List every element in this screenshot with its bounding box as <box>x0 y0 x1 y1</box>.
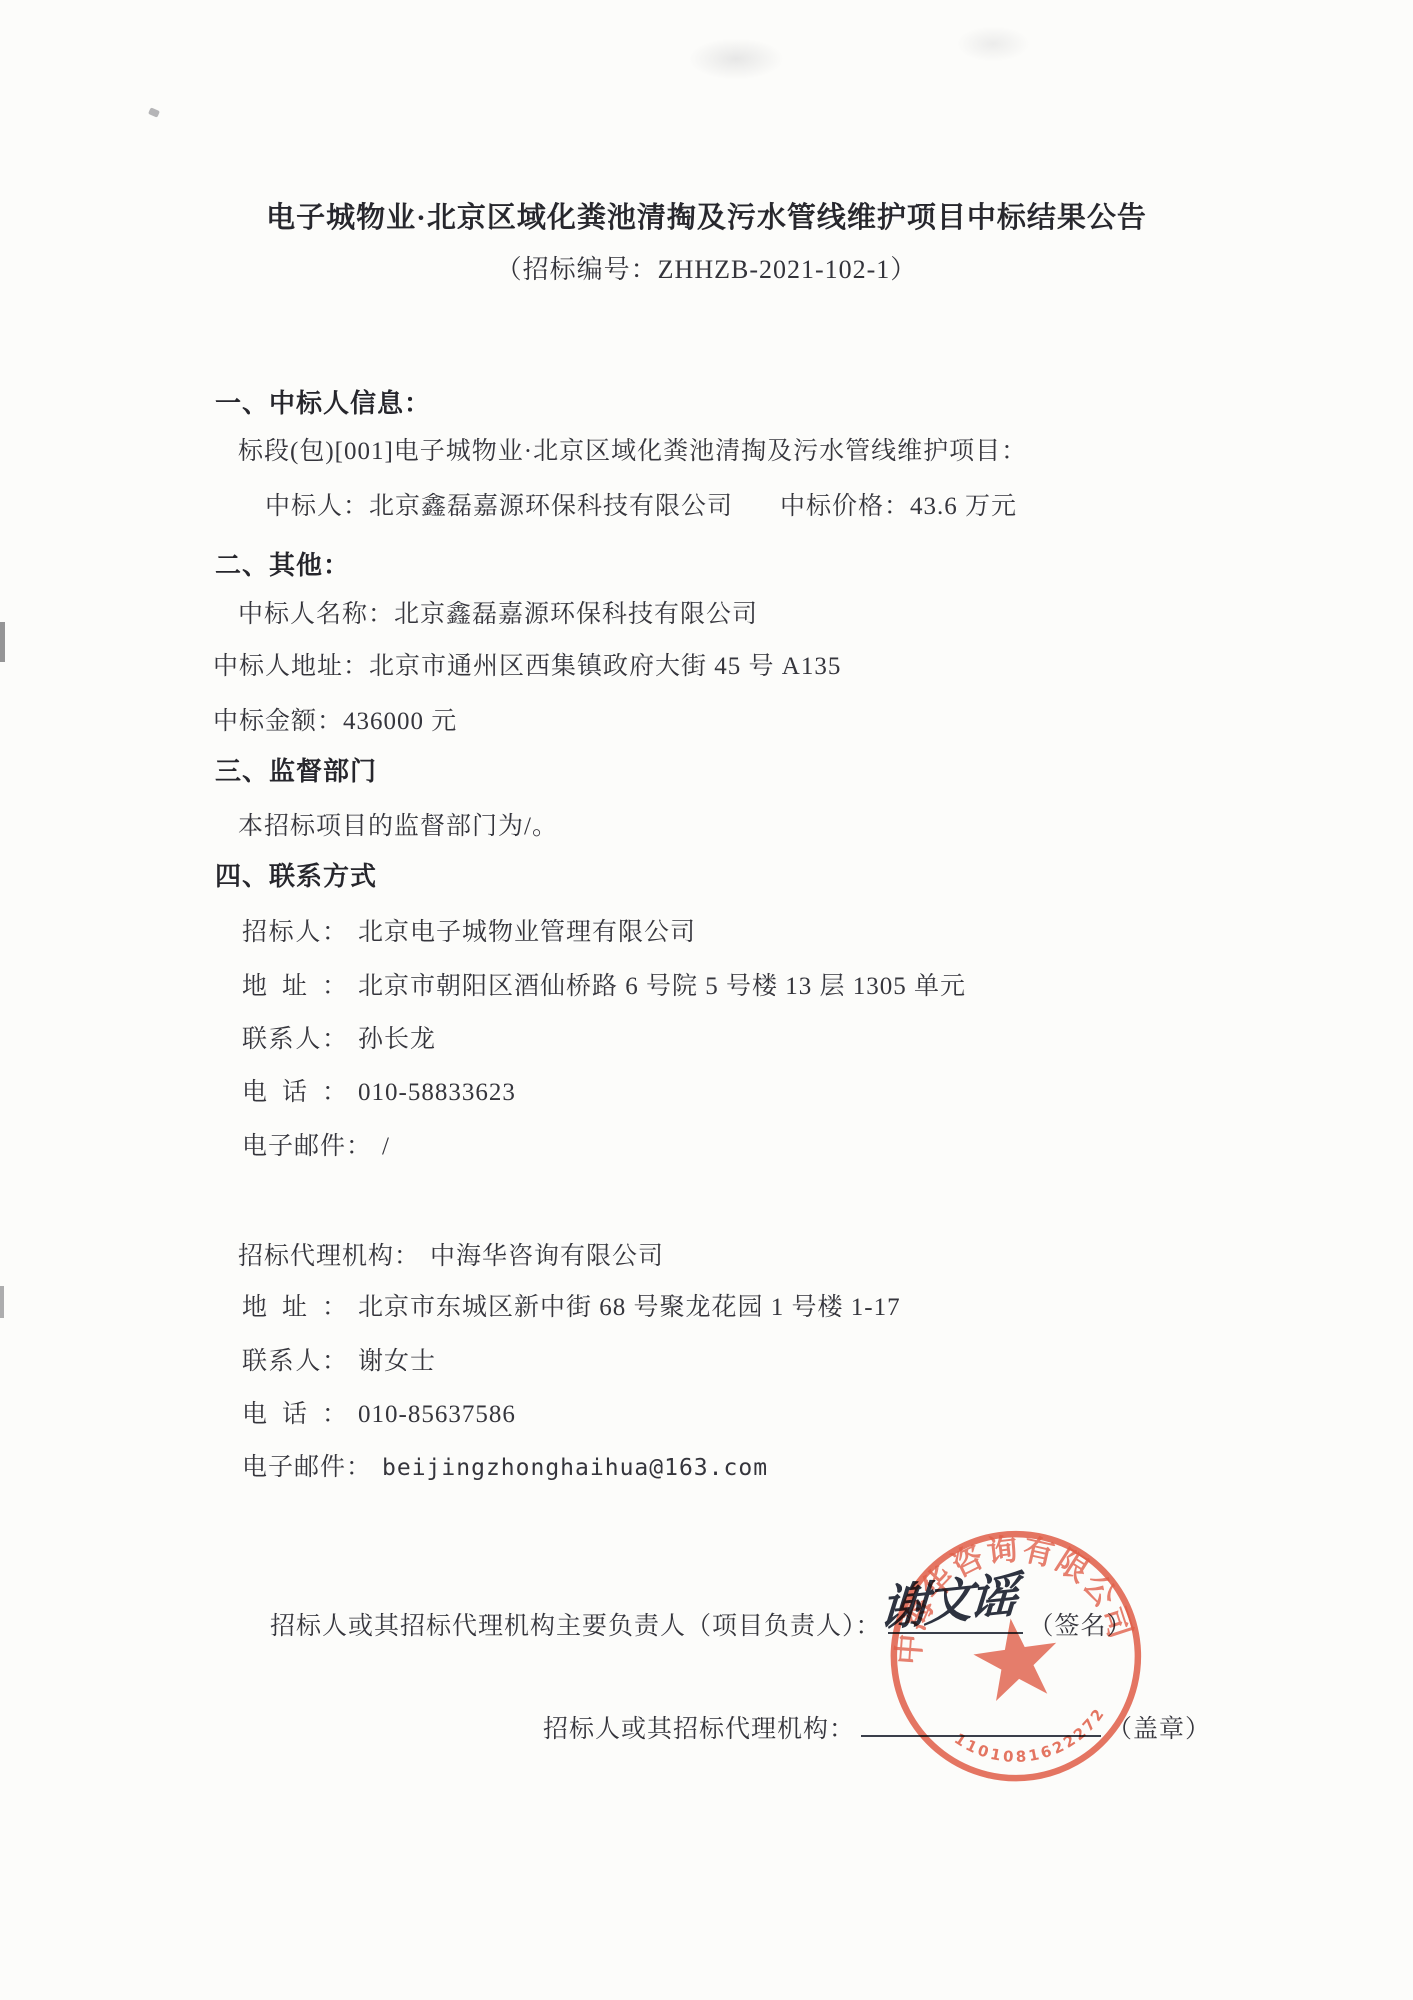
agency-address-value: 北京市东城区新中街 68 号聚龙花园 1 号楼 1-17 <box>358 1294 901 1321</box>
tenderer-phone-label: 电话： <box>242 1072 348 1108</box>
tenderer-contact-label: 联系人： <box>242 1019 348 1055</box>
tenderer-email-value: / <box>382 1133 390 1160</box>
agency-contact-label: 联系人： <box>242 1341 348 1377</box>
seal-serial-number: 1101081622272 <box>948 1702 1115 1776</box>
winner-address-line: 中标人地址：北京市通州区西集镇政府大街 45 号 A135 <box>213 646 841 682</box>
winner-name-label: 中标人名称： <box>238 601 394 628</box>
tenderer-name-label: 招标人： <box>242 912 348 948</box>
company-seal: 中海华咨询有限公司 1101081622272 <box>867 1507 1167 1807</box>
scan-smudge <box>688 38 784 80</box>
tenderer-address-row: 地址：北京市朝阳区酒仙桥路 6 号院 5 号楼 13 层 1305 单元 <box>242 966 966 1002</box>
section-heading-winner-info: 一、中标人信息： <box>215 383 431 420</box>
tenderer-name-row: 招标人：北京电子城物业管理有限公司 <box>242 912 696 948</box>
scan-edge-mark <box>0 622 5 662</box>
agency-contact-row: 联系人：谢女士 <box>242 1341 436 1377</box>
winner-address-label: 中标人地址： <box>213 653 369 680</box>
seal-serial-holder: 1101081622272 <box>948 1702 1115 1776</box>
section-heading-contact: 四、联系方式 <box>215 856 377 893</box>
tenderer-address-value: 北京市朝阳区酒仙桥路 6 号院 5 号楼 13 层 1305 单元 <box>358 973 966 1000</box>
tenderer-contact-value: 孙长龙 <box>358 1026 436 1053</box>
leader-signature-label: 招标人或其招标代理机构主要负责人（项目负责人）： <box>270 1613 882 1640</box>
supervision-body: 本招标项目的监督部门为/。 <box>238 806 558 842</box>
winner-address-value: 北京市通州区西集镇政府大街 45 号 A135 <box>369 653 841 680</box>
agency-email-value: beijingzhonghaihua@163.com <box>382 1455 768 1481</box>
package-line: 标段(包)[001]电子城物业·北京区域化粪池清掏及污水管线维护项目： <box>238 431 1027 467</box>
agency-name-label: 招标代理机构： <box>238 1236 420 1272</box>
scan-speck <box>148 107 160 117</box>
winner-label: 中标人： <box>265 493 369 520</box>
agency-seal-label: 招标人或其招标代理机构： <box>543 1716 855 1743</box>
tenderer-email-label: 电子邮件： <box>242 1126 372 1162</box>
agency-email-label: 电子邮件： <box>242 1447 372 1483</box>
agency-name-row: 招标代理机构：中海华咨询有限公司 <box>238 1236 664 1272</box>
section-heading-other: 二、其他： <box>215 545 350 582</box>
agency-address-row: 地址：北京市东城区新中街 68 号聚龙花园 1 号楼 1-17 <box>242 1287 901 1323</box>
winner-name-line: 中标人名称：北京鑫磊嘉源环保科技有限公司 <box>238 594 758 630</box>
agency-phone-value: 010-85637586 <box>358 1401 516 1428</box>
tenderer-phone-row: 电话：010-58833623 <box>242 1072 516 1108</box>
document-title: 电子城物业·北京区域化粪池清掏及污水管线维护项目中标结果公告 <box>0 195 1413 236</box>
scan-smudge <box>956 26 1030 62</box>
winner-value: 北京鑫磊嘉源环保科技有限公司 <box>369 493 733 520</box>
winner-amount-value: 436000 元 <box>343 708 457 735</box>
document-page: 电子城物业·北京区域化粪池清掏及污水管线维护项目中标结果公告 （招标编号：ZHH… <box>0 0 1413 2000</box>
scan-edge-mark <box>0 1286 4 1318</box>
tenderer-phone-value: 010-58833623 <box>358 1079 516 1106</box>
tender-number-line: （招标编号：ZHHZB-2021-102-1） <box>0 249 1413 286</box>
agency-address-label: 地址： <box>242 1287 348 1323</box>
price-line: 中标价格：43.6 万元 <box>780 486 1017 522</box>
tenderer-email-row: 电子邮件：/ <box>242 1126 390 1162</box>
agency-contact-value: 谢女士 <box>358 1348 436 1375</box>
tenderer-address-label: 地址： <box>242 966 348 1002</box>
seal-star-icon <box>969 1613 1063 1703</box>
price-label: 中标价格： <box>780 493 910 520</box>
price-value: 43.6 万元 <box>910 493 1017 520</box>
company-seal-graphic: 中海华咨询有限公司 1101081622272 <box>867 1507 1167 1807</box>
winner-amount-line: 中标金额：436000 元 <box>213 701 457 737</box>
tenderer-name-value: 北京电子城物业管理有限公司 <box>358 919 696 946</box>
winner-name-value: 北京鑫磊嘉源环保科技有限公司 <box>394 601 758 628</box>
agency-phone-row: 电话：010-85637586 <box>242 1394 516 1430</box>
agency-name-value: 中海华咨询有限公司 <box>430 1243 664 1270</box>
tenderer-contact-row: 联系人：孙长龙 <box>242 1019 436 1055</box>
winner-amount-label: 中标金额： <box>213 708 343 735</box>
winner-line: 中标人：北京鑫磊嘉源环保科技有限公司 中标价格：43.6 万元 <box>265 486 733 522</box>
agency-phone-label: 电话： <box>242 1394 348 1430</box>
section-heading-supervision: 三、监督部门 <box>215 751 377 788</box>
agency-email-row: 电子邮件：beijingzhonghaihua@163.com <box>242 1447 768 1483</box>
